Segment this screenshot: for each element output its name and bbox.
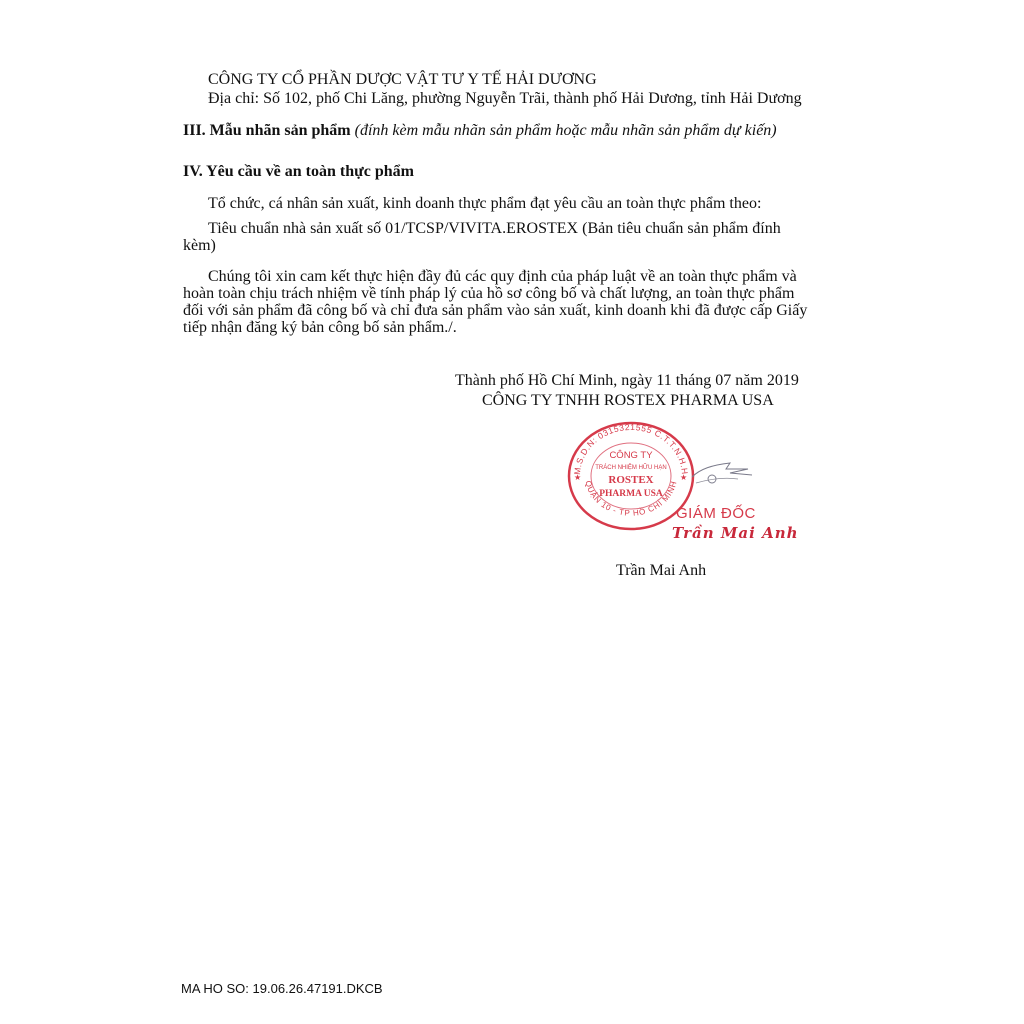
- section-4-para1: Tổ chức, cá nhân sản xuất, kinh doanh th…: [208, 194, 761, 213]
- commitment-line-4: tiếp nhận đăng ký bản công bố sản phẩm./…: [183, 318, 457, 337]
- section-4-heading: IV. Yêu cầu về an toàn thực phẩm: [183, 162, 414, 181]
- signer-title: GIÁM ĐỐC: [676, 505, 756, 522]
- section-4-standard-line1: Tiêu chuẩn nhà sản xuất số 01/TCSP/VIVIT…: [208, 219, 781, 238]
- handwritten-signature: [690, 455, 760, 495]
- svg-text:PHARMA USA: PHARMA USA: [599, 489, 663, 499]
- svg-text:★: ★: [680, 473, 687, 482]
- record-code: MA HO SO: 19.06.26.47191.DKCB: [181, 981, 383, 996]
- section-4-standard-line2: kèm): [183, 236, 216, 255]
- section-3: III. Mẫu nhãn sản phẩm (đính kèm mẫu nhã…: [183, 121, 777, 140]
- company-name: CÔNG TY CỔ PHẦN DƯỢC VẬT TƯ Y TẾ HẢI DƯƠ…: [208, 70, 597, 89]
- company-address: Địa chỉ: Số 102, phố Chi Lăng, phường Ng…: [208, 89, 802, 108]
- svg-text:★: ★: [574, 473, 581, 482]
- place-date: Thành phố Hồ Chí Minh, ngày 11 tháng 07 …: [455, 371, 799, 390]
- section-3-heading: III. Mẫu nhãn sản phẩm: [183, 122, 351, 139]
- signer-name: Trần Mai Anh: [616, 561, 706, 580]
- svg-text:ROSTEX: ROSTEX: [608, 474, 653, 486]
- signer-name-script: Trần Mai Anh: [672, 524, 799, 542]
- section-3-note: (đính kèm mẫu nhãn sản phẩm hoặc mẫu nhã…: [355, 122, 777, 139]
- svg-text:CÔNG TY: CÔNG TY: [609, 450, 653, 461]
- signature-icon: [690, 455, 760, 495]
- svg-text:TRÁCH NHIỆM HỮU HẠN: TRÁCH NHIỆM HỮU HẠN: [595, 463, 666, 471]
- signing-company: CÔNG TY TNHH ROSTEX PHARMA USA: [482, 391, 774, 410]
